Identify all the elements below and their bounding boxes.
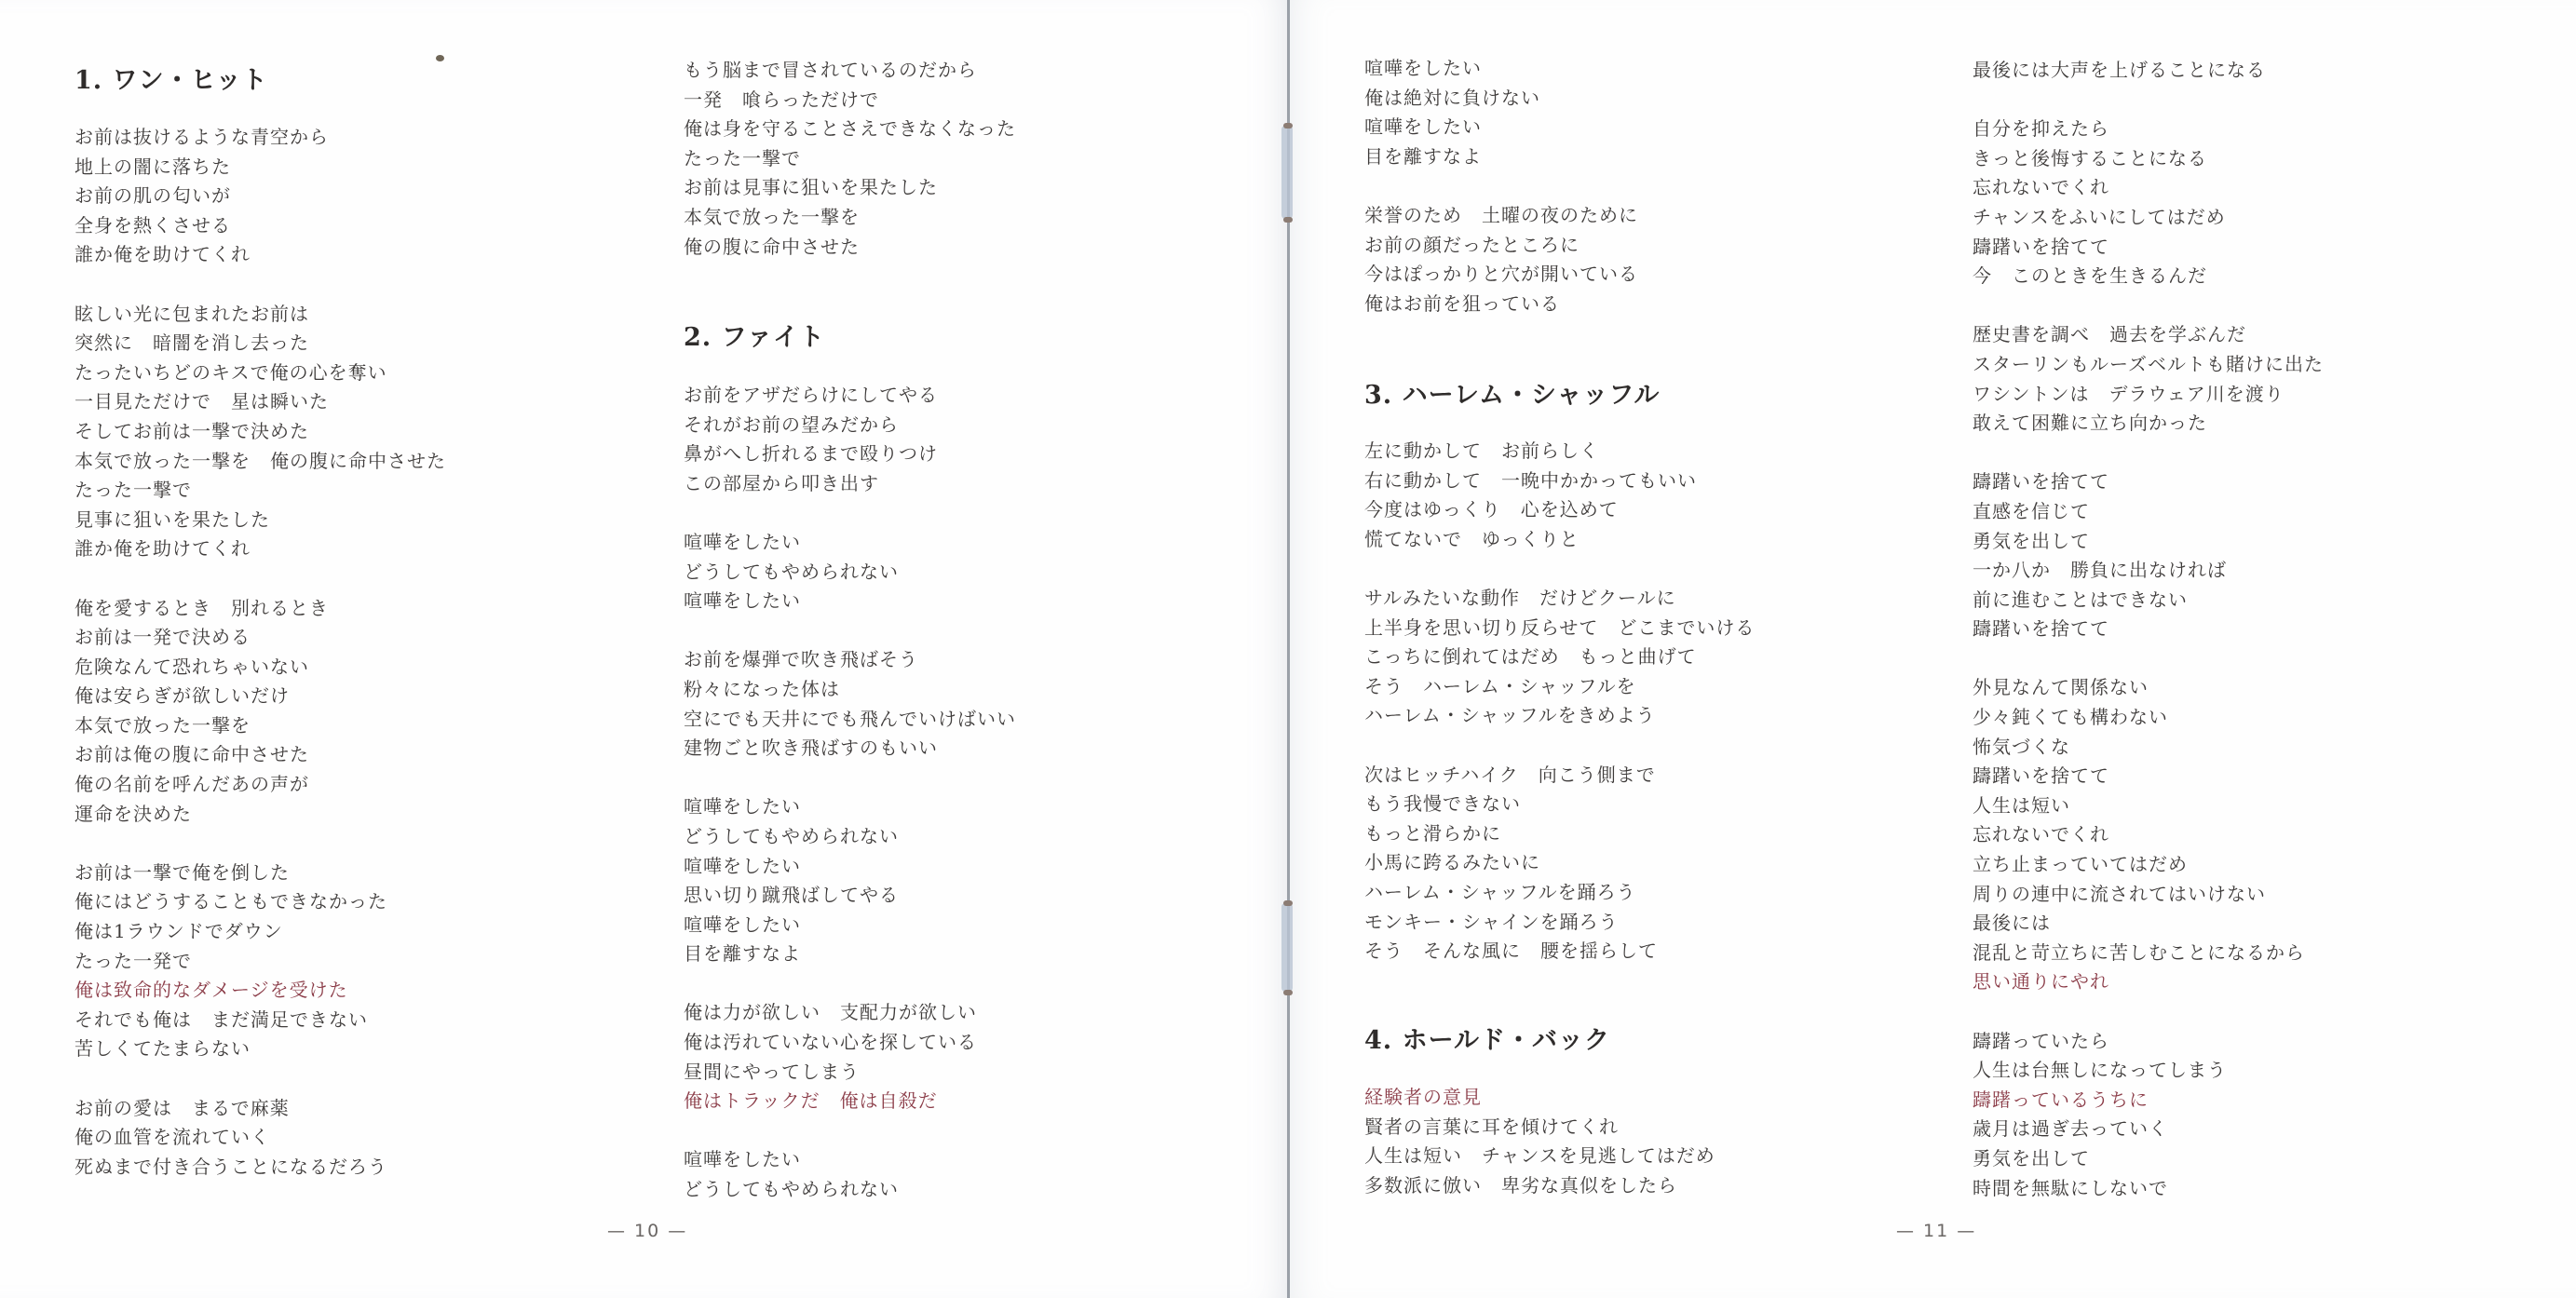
lyric-line: スターリンもルーズベルトも賭けに出た xyxy=(1973,350,2324,380)
lyric-line: お前は俺の腹に命中させた xyxy=(75,740,446,770)
lyric-line: そしてお前は一撃で決めた xyxy=(75,417,446,447)
staple-end-icon xyxy=(1283,123,1293,128)
lyric-line: 目を離すなよ xyxy=(1364,142,1638,172)
lyric-line: 混乱と苛立ちに苦しむことになるから xyxy=(1973,939,2324,968)
lyric-line: 一発 喰らっただけで xyxy=(684,86,1016,115)
lyric-line: 小馬に跨るみたいに xyxy=(1364,848,1755,878)
lyric-line: お前をアザだらけにしてやる xyxy=(684,381,1016,411)
lyric-line: 慌てないで ゆっくりと xyxy=(1364,525,1755,555)
stanza-gap xyxy=(1973,439,2324,468)
lyric-line: 喧嘩をしたい xyxy=(684,587,1016,616)
lyric-line: そう ハーレム・シャッフルを xyxy=(1364,672,1755,702)
lyric-line: 躊躇っているうちに xyxy=(1973,1086,2324,1115)
lyric-line: ワシントンは デラウェア川を渡り xyxy=(1973,380,2324,410)
staple-end-icon xyxy=(1283,900,1293,906)
lyric-line: 喧嘩をしたい xyxy=(684,852,1016,882)
stanza-gap xyxy=(75,1064,446,1094)
lyric-line: 昼間にやってしまう xyxy=(684,1058,1016,1088)
stanza-gap xyxy=(75,270,446,300)
lyric-line: 左に動かして お前らしく xyxy=(1364,437,1755,466)
lyric-line: 俺はトラックだ 俺は自殺だ xyxy=(684,1087,1016,1116)
lyric-line: もう我慢できない xyxy=(1364,790,1755,819)
lyric-line: 俺にはどうすることもできなかった xyxy=(75,887,446,917)
stanza-gap xyxy=(1364,731,1755,761)
lyric-line: 怖気づくな xyxy=(1973,733,2324,763)
staple-end-icon xyxy=(1283,217,1293,223)
lyric-line: 右に動かして 一晩中かかってもいい xyxy=(1364,466,1755,496)
lyric-line: 本気で放った一撃を xyxy=(75,711,446,741)
lyric-line: どうしてもやめられない xyxy=(684,1175,1016,1205)
paper-speck xyxy=(436,55,444,61)
lyric-line: お前の肌の匂いが xyxy=(75,182,446,211)
lyrics-column-3-song4: 経験者の意見賢者の言葉に耳を傾けてくれ人生は短い チャンスを見逃してはだめ多数派… xyxy=(1364,1083,1715,1200)
lyric-line: 多数派に倣い 卑劣な真似をしたら xyxy=(1364,1171,1715,1201)
staple-bottom xyxy=(1281,903,1293,992)
lyric-line: たった一発で xyxy=(75,947,446,977)
lyric-line: 本気で放った一撃を 俺の腹に命中させた xyxy=(75,447,446,477)
lyrics-column-3: 左に動かして お前らしく右に動かして 一晩中かかってもいい今度はゆっくり 心を込… xyxy=(1364,437,1755,967)
lyric-line: 誰か俺を助けてくれ xyxy=(75,534,446,564)
lyric-line: 最後には大声を上げることになる xyxy=(1973,56,2324,86)
lyric-line: お前は一撃で俺を倒した xyxy=(75,859,446,888)
lyric-line: 俺はお前を狙っている xyxy=(1364,290,1638,319)
lyric-line: 喧嘩をしたい xyxy=(1364,54,1638,84)
lyric-line: もう脳まで冒されているのだから xyxy=(684,56,1016,86)
lyric-line: 俺は絶対に負けない xyxy=(1364,84,1638,114)
lyric-line: 俺は致命的なダメージを受けた xyxy=(75,976,446,1006)
lyric-line: 忘れないでくれ xyxy=(1973,173,2324,203)
lyric-line: 粉々になった体は xyxy=(684,675,1016,705)
lyric-line: 最後には xyxy=(1973,909,2324,939)
lyric-line: 運命を決めた xyxy=(75,800,446,830)
lyric-line: 経験者の意見 xyxy=(1364,1083,1715,1113)
stanza-gap xyxy=(75,829,446,859)
lyric-line: 喧嘩をしたい xyxy=(684,792,1016,822)
lyric-line: 敢えて困難に立ち向かった xyxy=(1973,409,2324,439)
lyric-line: お前の顔だったところに xyxy=(1364,231,1638,261)
lyric-line: 俺の血管を流れていく xyxy=(75,1123,446,1153)
lyric-line: 外見なんて関係ない xyxy=(1973,673,2324,703)
lyric-line: 躊躇いを捨てて xyxy=(1973,615,2324,644)
lyric-line: それでも俺は まだ満足できない xyxy=(75,1006,446,1035)
lyric-line: 人生は短い xyxy=(1973,791,2324,821)
lyric-line: 勇気を出して xyxy=(1973,527,2324,557)
lyric-line: もっと滑らかに xyxy=(1364,819,1755,849)
stanza-gap xyxy=(684,969,1016,999)
lyric-line: サルみたいな動作 だけどクールに xyxy=(1364,584,1755,614)
staple-end-icon xyxy=(1283,990,1293,995)
staple-top xyxy=(1281,126,1293,219)
lyrics-column-2-continued: もう脳まで冒されているのだから一発 喰らっただけで俺は身を守ることさえできなくな… xyxy=(684,56,1016,262)
lyric-line: チャンスをふいにしてはだめ xyxy=(1973,203,2324,233)
page-number-right: — 11 — xyxy=(1896,1221,1976,1241)
page-number-left: — 10 — xyxy=(607,1221,687,1241)
lyric-line: 自分を抑えたら xyxy=(1973,115,2324,144)
lyric-line: 栄誉のため 土曜の夜のために xyxy=(1364,201,1638,231)
stanza-gap xyxy=(1973,644,2324,674)
lyric-line: 躊躇っていたら xyxy=(1973,1027,2324,1057)
lyric-line: 死ぬまで付き合うことになるだろう xyxy=(75,1153,446,1183)
lyric-line: 全身を熱くさせる xyxy=(75,211,446,241)
lyric-line: 空にでも天井にでも飛んでいけばいい xyxy=(684,705,1016,735)
lyric-line: 歳月は過ぎ去っていく xyxy=(1973,1115,2324,1144)
lyric-line: 喧嘩をしたい xyxy=(684,1145,1016,1175)
lyric-line: 鼻がへし折れるまで殴りつけ xyxy=(684,439,1016,469)
stanza-gap xyxy=(1364,554,1755,584)
lyric-line: 忘れないでくれ xyxy=(1973,820,2324,850)
lyric-line: 思い切り蹴飛ばしてやる xyxy=(684,881,1016,911)
lyric-line: 今度はゆっくり 心を込めて xyxy=(1364,495,1755,525)
lyric-line: 苦しくてたまらない xyxy=(75,1034,446,1064)
lyric-line: モンキー・シャインを踊ろう xyxy=(1364,908,1755,938)
lyric-line: 危険なんて恐れちゃいない xyxy=(75,653,446,683)
lyrics-column-3-continued: 喧嘩をしたい俺は絶対に負けない喧嘩をしたい目を離すなよ栄誉のため 土曜の夜のため… xyxy=(1364,54,1638,318)
lyric-line: ハーレム・シャッフルを踊ろう xyxy=(1364,878,1755,908)
lyric-line: 喧嘩をしたい xyxy=(1364,113,1638,142)
lyric-line: 俺は1ラウンドでダウン xyxy=(75,917,446,947)
lyric-line: お前の愛は まるで麻薬 xyxy=(75,1094,446,1124)
lyric-line: 建物ごと吹き飛ばすのもいい xyxy=(684,734,1016,764)
lyric-line: 今はぽっかりと穴が開いている xyxy=(1364,260,1638,290)
lyric-line: 次はヒッチハイク 向こう側まで xyxy=(1364,761,1755,791)
lyric-line: たったいちどのキスで俺の心を奪い xyxy=(75,358,446,388)
lyric-line: 一か八か 勝負に出なければ xyxy=(1973,556,2324,586)
lyric-line: 俺を愛するとき 別れるとき xyxy=(75,594,446,624)
lyric-line: きっと後悔することになる xyxy=(1973,144,2324,174)
lyric-line: 一目見ただけで 星は瞬いた xyxy=(75,387,446,417)
lyric-line: 喧嘩をしたい xyxy=(684,911,1016,940)
lyric-line: 人生は短い チャンスを見逃してはだめ xyxy=(1364,1142,1715,1171)
lyric-line: 目を離すなよ xyxy=(684,940,1016,969)
stanza-gap xyxy=(684,616,1016,646)
song-title-1: 1. ワン・ヒット xyxy=(75,60,268,96)
lyric-line: 勇気を出して xyxy=(1973,1144,2324,1174)
lyric-line: お前は一発で決める xyxy=(75,623,446,653)
lyric-line: こっちに倒れてはだめ もっと曲げて xyxy=(1364,642,1755,672)
lyric-line: どうしてもやめられない xyxy=(684,558,1016,588)
lyric-line: 喧嘩をしたい xyxy=(684,528,1016,558)
lyric-line: 直感を信じて xyxy=(1973,497,2324,527)
lyric-line: 俺の名前を呼んだあの声が xyxy=(75,770,446,800)
lyric-line: 地上の闇に落ちた xyxy=(75,153,446,183)
stanza-gap xyxy=(1364,171,1638,201)
lyric-line: 上半身を思い切り反らせて どこまでいける xyxy=(1364,614,1755,643)
lyric-line: 俺の腹に命中させた xyxy=(684,233,1016,263)
song-title-2: 2. ファイト xyxy=(684,317,825,353)
lyric-line: 躊躇いを捨てて xyxy=(1973,233,2324,263)
lyric-line: 少々鈍くても構わない xyxy=(1973,703,2324,733)
lyric-line: お前は見事に狙いを果たした xyxy=(684,173,1016,203)
lyric-line: この部屋から叩き出す xyxy=(684,469,1016,499)
lyric-line: 眩しい光に包まれたお前は xyxy=(75,300,446,330)
lyric-line: 賢者の言葉に耳を傾けてくれ xyxy=(1364,1113,1715,1143)
lyric-line: 躊躇いを捨てて xyxy=(1973,762,2324,791)
lyric-line: 俺は汚れていない心を探している xyxy=(684,1028,1016,1058)
lyrics-column-2: お前をアザだらけにしてやるそれがお前の望みだから鼻がへし折れるまで殴りつけこの部… xyxy=(684,381,1016,1205)
stanza-gap xyxy=(684,498,1016,528)
stanza-gap xyxy=(75,564,446,594)
lyric-line: 本気で放った一撃を xyxy=(684,203,1016,233)
lyric-line: 周りの連中に流されてはいけない xyxy=(1973,880,2324,910)
lyric-line: 立ち止まっていてはだめ xyxy=(1973,850,2324,880)
lyric-line: お前は抜けるような青空から xyxy=(75,123,446,153)
song-title-3: 3. ハーレム・シャッフル xyxy=(1364,374,1660,411)
lyrics-column-4: 最後には大声を上げることになる自分を抑えたらきっと後悔することになる忘れないでく… xyxy=(1973,56,2324,1203)
stanza-gap xyxy=(684,764,1016,793)
lyric-line: 俺は力が欲しい 支配力が欲しい xyxy=(684,998,1016,1028)
lyric-line: それがお前の望みだから xyxy=(684,411,1016,440)
lyric-line: 俺は安らぎが欲しいだけ xyxy=(75,682,446,711)
lyric-line: 前に進むことはできない xyxy=(1973,586,2324,615)
lyric-line: たった一撃で xyxy=(684,144,1016,174)
lyric-line: 誰か俺を助けてくれ xyxy=(75,240,446,270)
stanza-gap xyxy=(1973,997,2324,1027)
lyric-line: ハーレム・シャッフルをきめよう xyxy=(1364,701,1755,731)
lyric-line: 人生は台無しになってしまう xyxy=(1973,1056,2324,1086)
lyric-line: 突然に 暗闇を消し去った xyxy=(75,329,446,358)
lyric-line: たった一撃で xyxy=(75,476,446,506)
stanza-gap xyxy=(1973,86,2324,115)
lyric-line: 思い通りにやれ xyxy=(1973,967,2324,997)
stanza-gap xyxy=(684,1116,1016,1146)
lyric-line: 躊躇いを捨てて xyxy=(1973,467,2324,497)
lyric-line: そう そんな風に 腰を揺らして xyxy=(1364,937,1755,967)
lyrics-column-1: お前は抜けるような青空から地上の闇に落ちたお前の肌の匂いが全身を熱くさせる誰か俺… xyxy=(75,123,446,1182)
lyric-line: 今 このときを生きるんだ xyxy=(1973,262,2324,291)
lyric-line: お前を爆弾で吹き飛ばそう xyxy=(684,645,1016,675)
stanza-gap xyxy=(1973,291,2324,321)
song-title-4: 4. ホールド・バック xyxy=(1364,1020,1610,1056)
lyric-line: 俺は身を守ることさえできなくなった xyxy=(684,115,1016,144)
lyric-line: 見事に狙いを果たした xyxy=(75,506,446,535)
lyric-line: どうしてもやめられない xyxy=(684,822,1016,852)
lyric-line: 時間を無駄にしないで xyxy=(1973,1174,2324,1204)
lyric-line: 歴史書を調べ 過去を学ぶんだ xyxy=(1973,320,2324,350)
